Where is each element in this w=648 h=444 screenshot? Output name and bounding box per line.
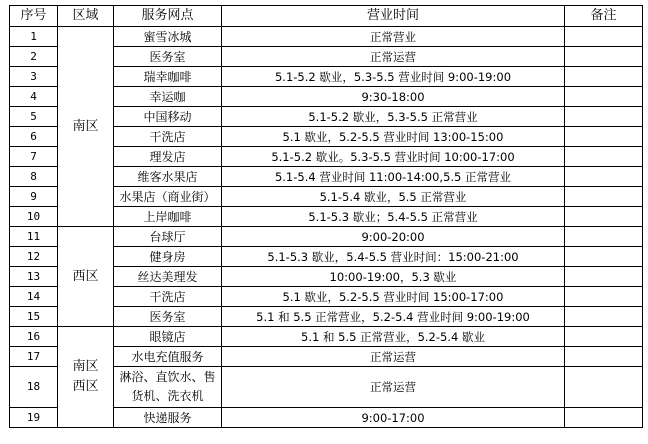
service-point: 水电充值服务 bbox=[114, 347, 222, 367]
service-point: 理发店 bbox=[114, 147, 222, 167]
region-cell: 南区 bbox=[58, 27, 114, 227]
hours-cell: 5.1-5.4 营业时间 11:00-14:00,5.5 正常营业 bbox=[222, 167, 565, 187]
note-cell bbox=[565, 247, 643, 267]
row-no: 8 bbox=[10, 167, 58, 187]
row-no: 2 bbox=[10, 47, 58, 67]
row-no: 10 bbox=[10, 207, 58, 227]
note-cell bbox=[565, 67, 643, 87]
hours-cell: 5.1 歇业，5.2-5.5 营业时间 15:00-17:00 bbox=[222, 287, 565, 307]
header-no: 序号 bbox=[10, 6, 58, 27]
row-no: 7 bbox=[10, 147, 58, 167]
header-row: 序号 区域 服务网点 营业时间 备注 bbox=[10, 6, 643, 27]
header-region: 区域 bbox=[58, 6, 114, 27]
service-point: 上岸咖啡 bbox=[114, 207, 222, 227]
header-note: 备注 bbox=[565, 6, 643, 27]
note-cell bbox=[565, 167, 643, 187]
service-point: 幸运咖 bbox=[114, 87, 222, 107]
service-point: 丝达美理发 bbox=[114, 267, 222, 287]
note-cell bbox=[565, 187, 643, 207]
note-cell bbox=[565, 207, 643, 227]
row-no: 18 bbox=[10, 367, 58, 408]
hours-cell: 5.1-5.2 歇业，5.3-5.5 正常营业 bbox=[222, 107, 565, 127]
row-no: 12 bbox=[10, 247, 58, 267]
region-cell-south-west: 南区 西区 bbox=[58, 327, 114, 428]
note-cell bbox=[565, 27, 643, 47]
note-cell bbox=[565, 87, 643, 107]
hours-cell: 5.1 和 5.5 正常营业，5.2-5.4 营业时间 9:00-19:00 bbox=[222, 307, 565, 327]
note-cell bbox=[565, 107, 643, 127]
hours-cell: 9:00-20:00 bbox=[222, 227, 565, 247]
note-cell bbox=[565, 327, 643, 347]
hours-cell: 正常营业 bbox=[222, 27, 565, 47]
row-no: 3 bbox=[10, 67, 58, 87]
hours-cell: 正常运营 bbox=[222, 47, 565, 67]
service-point: 维客水果店 bbox=[114, 167, 222, 187]
note-cell bbox=[565, 267, 643, 287]
hours-cell: 5.1 和 5.5 正常营业，5.2-5.4 歇业 bbox=[222, 327, 565, 347]
row-no: 5 bbox=[10, 107, 58, 127]
service-point: 台球厅 bbox=[114, 227, 222, 247]
hours-cell: 10:00-19:00，5.3 歇业 bbox=[222, 267, 565, 287]
service-point: 瑞幸咖啡 bbox=[114, 67, 222, 87]
service-point: 干洗店 bbox=[114, 287, 222, 307]
region-cell: 西区 bbox=[58, 227, 114, 327]
row-no: 14 bbox=[10, 287, 58, 307]
service-point: 淋浴、直饮水、售货机、洗衣机 bbox=[114, 367, 222, 408]
note-cell bbox=[565, 227, 643, 247]
note-cell bbox=[565, 367, 643, 408]
hours-cell: 正常运营 bbox=[222, 347, 565, 367]
hours-cell: 5.1-5.2 歇业，5.3-5.5 营业时间 9:00-19:00 bbox=[222, 67, 565, 87]
note-cell bbox=[565, 127, 643, 147]
hours-cell: 正常运营 bbox=[222, 367, 565, 408]
service-point: 医务室 bbox=[114, 47, 222, 67]
table-row: 16 南区 西区 眼镜店 5.1 和 5.5 正常营业，5.2-5.4 歇业 bbox=[10, 327, 643, 347]
note-cell bbox=[565, 287, 643, 307]
note-cell bbox=[565, 307, 643, 327]
row-no: 15 bbox=[10, 307, 58, 327]
hours-cell: 5.1-5.3 歇业，5.4-5.5 营业时间：15:00-21:00 bbox=[222, 247, 565, 267]
note-cell bbox=[565, 47, 643, 67]
row-no: 11 bbox=[10, 227, 58, 247]
hours-cell: 5.1 歇业，5.2-5.5 营业时间 13:00-15:00 bbox=[222, 127, 565, 147]
row-no: 1 bbox=[10, 27, 58, 47]
region-line-south: 南区 bbox=[58, 357, 113, 377]
table-row: 1 南区 蜜雪冰城 正常营业 bbox=[10, 27, 643, 47]
row-no: 16 bbox=[10, 327, 58, 347]
header-hours: 营业时间 bbox=[222, 6, 565, 27]
region-line-west: 西区 bbox=[58, 377, 113, 397]
row-no: 6 bbox=[10, 127, 58, 147]
service-point: 医务室 bbox=[114, 307, 222, 327]
service-point: 干洗店 bbox=[114, 127, 222, 147]
hours-cell: 9:30-18:00 bbox=[222, 87, 565, 107]
row-no: 13 bbox=[10, 267, 58, 287]
hours-cell: 5.1-5.4 歇业，5.5 正常营业 bbox=[222, 187, 565, 207]
service-point: 快递服务 bbox=[114, 408, 222, 428]
service-point: 蜜雪冰城 bbox=[114, 27, 222, 47]
header-service: 服务网点 bbox=[114, 6, 222, 27]
row-no: 17 bbox=[10, 347, 58, 367]
hours-cell: 5.1-5.3 歇业；5.4-5.5 正常营业 bbox=[222, 207, 565, 227]
row-no: 4 bbox=[10, 87, 58, 107]
hours-cell: 5.1-5.2 歇业。5.3-5.5 营业时间 10:00-17:00 bbox=[222, 147, 565, 167]
service-point: 中国移动 bbox=[114, 107, 222, 127]
business-hours-table: 序号 区域 服务网点 营业时间 备注 1 南区 蜜雪冰城 正常营业 2 医务室 … bbox=[9, 5, 643, 428]
row-no: 9 bbox=[10, 187, 58, 207]
service-point: 健身房 bbox=[114, 247, 222, 267]
note-cell bbox=[565, 408, 643, 428]
hours-cell: 9:00-17:00 bbox=[222, 408, 565, 428]
table-row: 11 西区 台球厅 9:00-20:00 bbox=[10, 227, 643, 247]
service-point: 眼镜店 bbox=[114, 327, 222, 347]
note-cell bbox=[565, 347, 643, 367]
note-cell bbox=[565, 147, 643, 167]
row-no: 19 bbox=[10, 408, 58, 428]
service-point: 水果店（商业街） bbox=[114, 187, 222, 207]
